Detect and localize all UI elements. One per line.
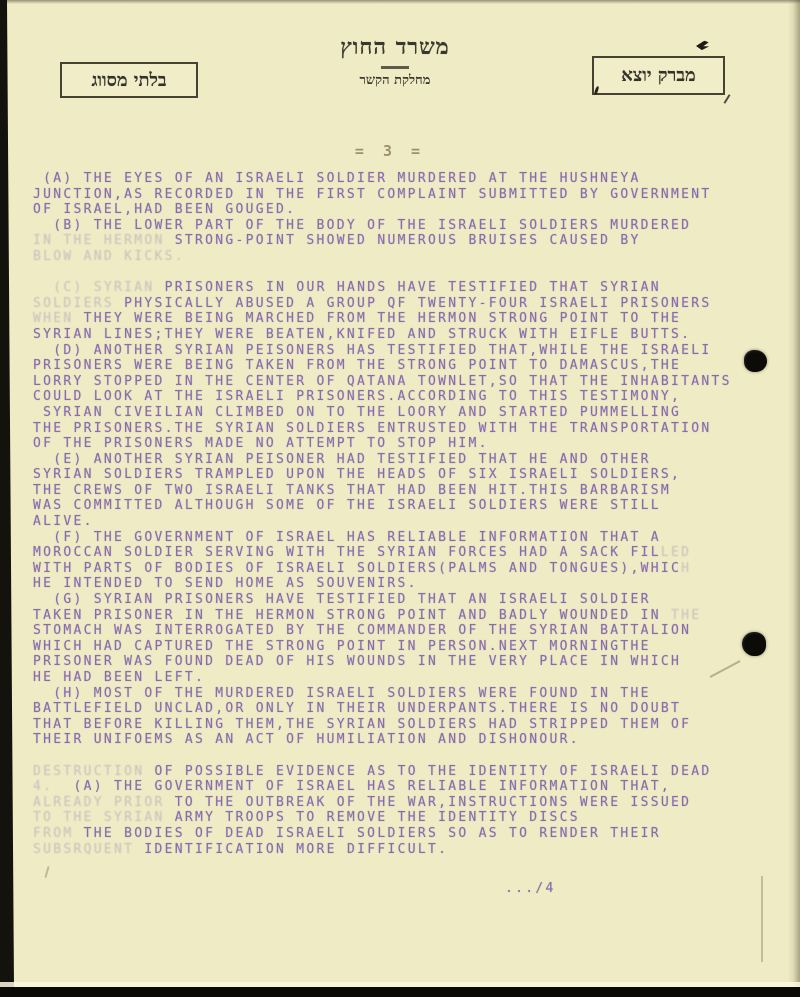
document-line: WHEN THEY WERE BEING MARCHED FROM THE HE…: [33, 311, 778, 327]
document-line: SYRIAN LINES;THEY WERE BEATEN,KNIFED AND…: [33, 327, 778, 343]
document-line: MOROCCAN SOLDIER SERVING WITH THE SYRIAN…: [33, 545, 778, 561]
document-line: HE HAD BEEN LEFT.: [33, 670, 778, 686]
scan-edge-bottom: [0, 987, 800, 997]
hole-punch-top: [744, 350, 767, 372]
document-line: WITH PARTS OF BODIES OF ISRAELI SOLDIERS…: [33, 561, 778, 577]
document-line: (C) SYRIAN PRISONERS IN OUR HANDS HAVE T…: [33, 280, 778, 296]
document-line: FROM THE BODIES OF DEAD ISRAELI SOLDIERS…: [33, 826, 778, 842]
document-line: JUNCTION,AS RECORDED IN THE FIRST COMPLA…: [33, 187, 778, 203]
outgoing-telegram-stamp: מברק יוצא: [592, 56, 725, 95]
page-number: = 3 =: [300, 142, 480, 160]
document-line: THEIR UNIFOEMS AS AN ACT OF HUMILIATION …: [33, 732, 778, 748]
document-line: OF ISRAEL,HAD BEEN GOUGED.: [33, 202, 778, 218]
document-line: ALIVE.: [33, 514, 778, 530]
document-line: (A) THE EYES OF AN ISRAELI SOLDIER MURDE…: [33, 171, 778, 187]
document-line: TO THE SYRIAN ARMY TROOPS TO REMOVE THE …: [33, 810, 778, 826]
document-line: WHICH HAD CAPTURED THE STRONG POINT IN P…: [33, 639, 778, 655]
document-line: COULD LOOK AT THE ISRAELI PRISONERS.ACCO…: [33, 389, 778, 405]
document-line: TAKEN PRISONER IN THE HERMON STRONG POIN…: [33, 608, 778, 624]
classification-stamp-label: בלתי מסווג: [91, 70, 166, 91]
document-body: (A) THE EYES OF AN ISRAELI SOLDIER MURDE…: [33, 171, 778, 857]
document-line: PRISONER WAS FOUND DEAD OF HIS WOUNDS IN…: [33, 654, 778, 670]
document-line: SYRIAN SOLDIERS TRAMPLED UPON THE HEADS …: [33, 467, 778, 483]
document-line: ALREADY PRIOR TO THE OUTBREAK OF THE WAR…: [33, 795, 778, 811]
document-line: PRISONERS WERE BEING TAKEN FROM THE STRO…: [33, 358, 778, 374]
document-line: WAS COMMITTED ALTHOUGH SOME OF THE ISRAE…: [33, 498, 778, 514]
document-line: DESTRUCTION OF POSSIBLE EVIDENCE AS TO T…: [33, 764, 778, 780]
scanned-document-page: משרד החוץ מחלקת הקשר בלתי מסווג מברק יוצ…: [0, 0, 800, 997]
document-line: IN THE HERMON STRONG-POINT SHOWED NUMERO…: [33, 233, 778, 249]
scan-edge-right: [788, 0, 800, 988]
document-line: (H) MOST OF THE MURDERED ISRAELI SOLDIER…: [33, 686, 778, 702]
title-underline: [381, 66, 409, 69]
document-line: STOMACH WAS INTERROGATED BY THE COMMANDE…: [33, 623, 778, 639]
document-line: SUBSRQUENT IDENTIFICATION MORE DIFFICULT…: [33, 842, 778, 858]
department-subtitle: מחלקת הקשר: [300, 72, 490, 88]
document-line: 4. (A) THE GOVERNMENT OF ISRAEL HAS RELI…: [33, 779, 778, 795]
document-line: THE CREWS OF TWO ISRAELI TANKS THAT HAD …: [33, 483, 778, 499]
continuation-mark: .../4: [505, 881, 556, 896]
document-line: SYRIAN CIVEILIAN CLIMBED ON TO THE LOORY…: [33, 405, 778, 421]
ministry-title: משרד החוץ: [300, 34, 490, 60]
scan-edge-top: [0, 0, 800, 4]
document-line: (E) ANOTHER SYRIAN PEISONER HAD TESTIFIE…: [33, 452, 778, 468]
hole-punch-bottom: [742, 632, 766, 656]
classification-stamp: בלתי מסווג: [60, 62, 198, 98]
document-line: (F) THE GOVERNMENT OF ISRAEL HAS RELIABL…: [33, 530, 778, 546]
outgoing-telegram-stamp-label: מברק יוצא: [621, 65, 695, 86]
document-line: HE INTENDED TO SEND HOME AS SOUVENIRS.: [33, 576, 778, 592]
document-line: BATTLEFIELD UNCLAD,OR ONLY IN THEIR UNDE…: [33, 701, 778, 717]
document-line: LORRY STOPPED IN THE CENTER OF QATANA TO…: [33, 374, 778, 390]
document-line: SOLDIERS PHYSICALLY ABUSED A GROUP QF TW…: [33, 296, 778, 312]
document-line: THAT BEFORE KILLING THEM,THE SYRIAN SOLD…: [33, 717, 778, 733]
document-line: [33, 748, 778, 764]
fold-line-mark: [761, 876, 763, 962]
document-line: OF THE PRISONERS MADE NO ATTEMPT TO STOP…: [33, 436, 778, 452]
document-line: BLOW AND KICKS.: [33, 249, 778, 265]
document-line: [33, 265, 778, 281]
document-line: (D) ANOTHER SYRIAN PEISONERS HAS TESTIFI…: [33, 343, 778, 359]
document-line: THE PRISONERS.THE SYRIAN SOLDIERS ENTRUS…: [33, 421, 778, 437]
document-line: (G) SYRIAN PRISONERS HAVE TESTIFIED THAT…: [33, 592, 778, 608]
document-line: (B) THE LOWER PART OF THE BODY OF THE IS…: [33, 218, 778, 234]
